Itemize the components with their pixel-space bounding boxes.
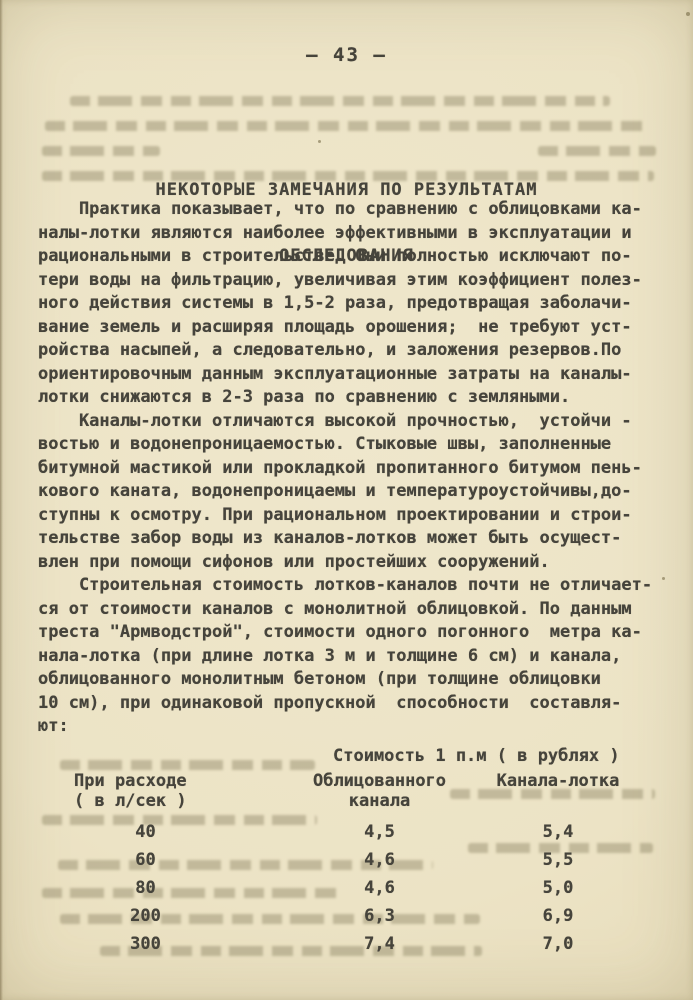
table-cell: 6,9 [458,902,658,930]
table-row: 2006,36,9 [38,902,660,930]
table-cell: 200 [38,902,253,930]
table-title: Стоимость 1 п.м ( в рублях ) [333,745,660,767]
cost-table: Стоимость 1 п.м ( в рублях ) При расходе… [38,745,660,958]
paper-speck [686,12,690,16]
table-cell: 40 [38,818,253,846]
page-number: — 43 — [0,44,693,66]
table-cell: 300 [38,930,253,958]
table-header-row: При расходе ( в л/сек ) Облицованного ка… [38,771,660,811]
column-header-flume-canal: Канала-лотка [458,771,658,811]
column-header-discharge: При расходе ( в л/сек ) [38,771,253,811]
bleed-through-line [45,121,650,131]
paragraph: Строительная стоимость лотков-каналов по… [38,574,668,739]
table-cell: 7,0 [458,930,658,958]
table-row: 804,65,0 [38,874,660,902]
table-cell: 4,5 [253,818,458,846]
paragraph: Каналы-лотки отличаются высокой прочност… [38,410,668,575]
table-row: 3007,47,0 [38,930,660,958]
column-header-lined-canal: Облицованного канала [253,771,458,811]
document-page: — 43 — НЕКОТОРЫЕ ЗАМЕЧАНИЯ ПО РЕЗУЛЬТАТА… [0,0,693,1000]
table-cell: 4,6 [253,846,458,874]
table-row: 604,65,5 [38,846,660,874]
table-cell: 80 [38,874,253,902]
cost-table-body: 404,55,4604,65,5804,65,02006,36,93007,47… [38,818,660,958]
table-cell: 5,0 [458,874,658,902]
table-cell: 6,3 [253,902,458,930]
table-row: 404,55,4 [38,818,660,846]
table-cell: 60 [38,846,253,874]
table-cell: 4,6 [253,874,458,902]
bleed-through-line [70,96,610,106]
table-cell: 5,5 [458,846,658,874]
table-cell: 5,4 [458,818,658,846]
table-cell: 7,4 [253,930,458,958]
paragraph: Практика показывает, что по сравнению с … [38,198,668,410]
body-text: Практика показывает, что по сравнению с … [38,198,668,739]
